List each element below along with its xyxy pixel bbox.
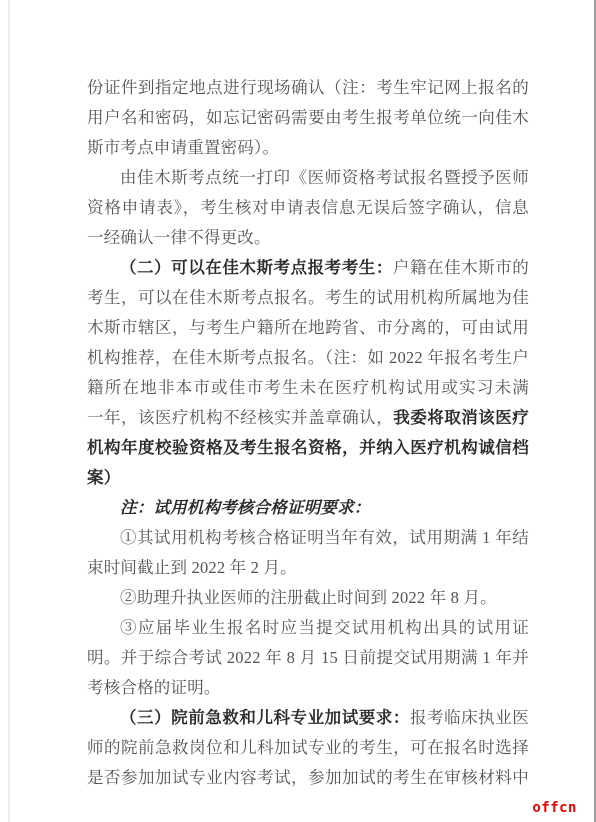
text-line: 师的院前急救岗位和儿科加试专业的考生，可在报名时选择	[87, 733, 529, 763]
text-line: 明。并于综合考试 2022 年 8 月 15 日前提交试用期满 1 年并	[87, 643, 529, 673]
text-line: 籍所在地非本市或佳市考生未在医疗机构试用或实习未满	[87, 373, 529, 403]
text-line: 一年，该医疗机构不经核实并盖章确认，我委将取消该医疗	[87, 403, 529, 433]
body-text: 考核合格的证明。	[87, 678, 221, 697]
emphasis-text: 我委将取消该医疗	[393, 408, 529, 427]
body-text: ①其试用机构考核合格证明当年有效，试用期满 1 年结	[120, 528, 529, 547]
text-line: ③应届毕业生报名时应当提交试用机构出具的试用证	[87, 613, 529, 643]
text-line: 木斯市辖区，与考生户籍所在地跨省、市分离的，可由试用	[87, 313, 529, 343]
body-text: 报考临床执业医	[410, 708, 529, 727]
text-line: 注：试用机构考核合格证明要求：	[87, 493, 529, 523]
text-line: 考生，可以在佳木斯考点报名。考生的试用机构所属地为佳	[87, 283, 529, 313]
text-line: 资格申请表》，考生核对申请表信息无误后签字确认，信息	[87, 193, 529, 223]
body-text: 考生，可以在佳木斯考点报名。考生的试用机构所属地为佳	[87, 288, 529, 307]
body-text: 斯市考点申请重置密码）。	[87, 138, 279, 157]
emphasis-text: （二）可以在佳木斯考点报考考生：	[120, 258, 393, 277]
text-line: （三）院前急救和儿科专业加试要求：报考临床执业医	[87, 703, 529, 733]
text-line: ②助理升执业医师的注册截止时间到 2022 年 8 月。	[87, 583, 529, 613]
text-line: 机构年度校验资格及考生报名资格，并纳入医疗机构诚信档	[87, 433, 529, 463]
document-page: 份证件到指定地点进行现场确认（注：考生牢记网上报名的用户名和密码，如忘记密码需要…	[0, 0, 596, 822]
body-text: 一经确认一律不得更改。	[87, 228, 271, 247]
text-line: 份证件到指定地点进行现场确认（注：考生牢记网上报名的	[87, 73, 529, 103]
body-text: 户籍在佳木斯市的	[393, 258, 529, 277]
text-line: （二）可以在佳木斯考点报考考生：户籍在佳木斯市的	[87, 253, 529, 283]
text-line: 由佳木斯考点统一打印《医师资格考试报名暨授予医师	[87, 163, 529, 193]
text-line: 考核合格的证明。	[87, 673, 529, 703]
text-line: 是否参加加试专业内容考试，参加加试的考生在审核材料中	[87, 763, 529, 793]
text-line: ①其试用机构考核合格证明当年有效，试用期满 1 年结	[87, 523, 529, 553]
body-text: 资格申请表》，考生核对申请表信息无误后签字确认，信息	[87, 198, 529, 217]
document-body: 份证件到指定地点进行现场确认（注：考生牢记网上报名的用户名和密码，如忘记密码需要…	[87, 73, 529, 793]
offcn-watermark: offcn	[532, 800, 577, 816]
text-line: 机构推荐，在佳木斯考点报名。（注：如 2022 年报名考生户	[87, 343, 529, 373]
body-text: 籍所在地非本市或佳市考生未在医疗机构试用或实习未满	[87, 378, 529, 397]
body-text: 机构推荐，在佳木斯考点报名。（注：如 2022 年报名考生户	[87, 348, 529, 367]
emphasis-text: （三）院前急救和儿科专业加试要求：	[120, 708, 410, 727]
body-text: 一年，该医疗机构不经核实并盖章确认，	[87, 408, 393, 427]
text-line: 斯市考点申请重置密码）。	[87, 133, 529, 163]
emphasis-text: 机构年度校验资格及考生报名资格，并纳入医疗机构诚信档	[87, 438, 529, 457]
body-text: 份证件到指定地点进行现场确认（注：考生牢记网上报名的	[87, 78, 529, 97]
body-text: 木斯市辖区，与考生户籍所在地跨省、市分离的，可由试用	[87, 318, 529, 337]
text-line: 用户名和密码，如忘记密码需要由考生报考单位统一向佳木	[87, 103, 529, 133]
body-text: 束时间截止到 2022 年 2 月。	[87, 558, 297, 577]
text-line: 案）	[87, 463, 529, 493]
body-text: 由佳木斯考点统一打印《医师资格考试报名暨授予医师	[120, 168, 529, 187]
emphasis-text: 案）	[87, 468, 120, 487]
text-line: 一经确认一律不得更改。	[87, 223, 529, 253]
text-line: 束时间截止到 2022 年 2 月。	[87, 553, 529, 583]
body-text: 明。并于综合考试 2022 年 8 月 15 日前提交试用期满 1 年并	[87, 648, 529, 667]
scan-edge-left	[8, 0, 10, 822]
body-text: ③应届毕业生报名时应当提交试用机构出具的试用证	[120, 618, 529, 637]
body-text: 是否参加加试专业内容考试，参加加试的考生在审核材料中	[87, 768, 529, 787]
body-text: ②助理升执业医师的注册截止时间到 2022 年 8 月。	[120, 588, 497, 607]
emphasis-text: 注：试用机构考核合格证明要求：	[120, 498, 371, 517]
body-text: 师的院前急救岗位和儿科加试专业的考生，可在报名时选择	[87, 738, 529, 757]
body-text: 用户名和密码，如忘记密码需要由考生报考单位统一向佳木	[87, 108, 529, 127]
